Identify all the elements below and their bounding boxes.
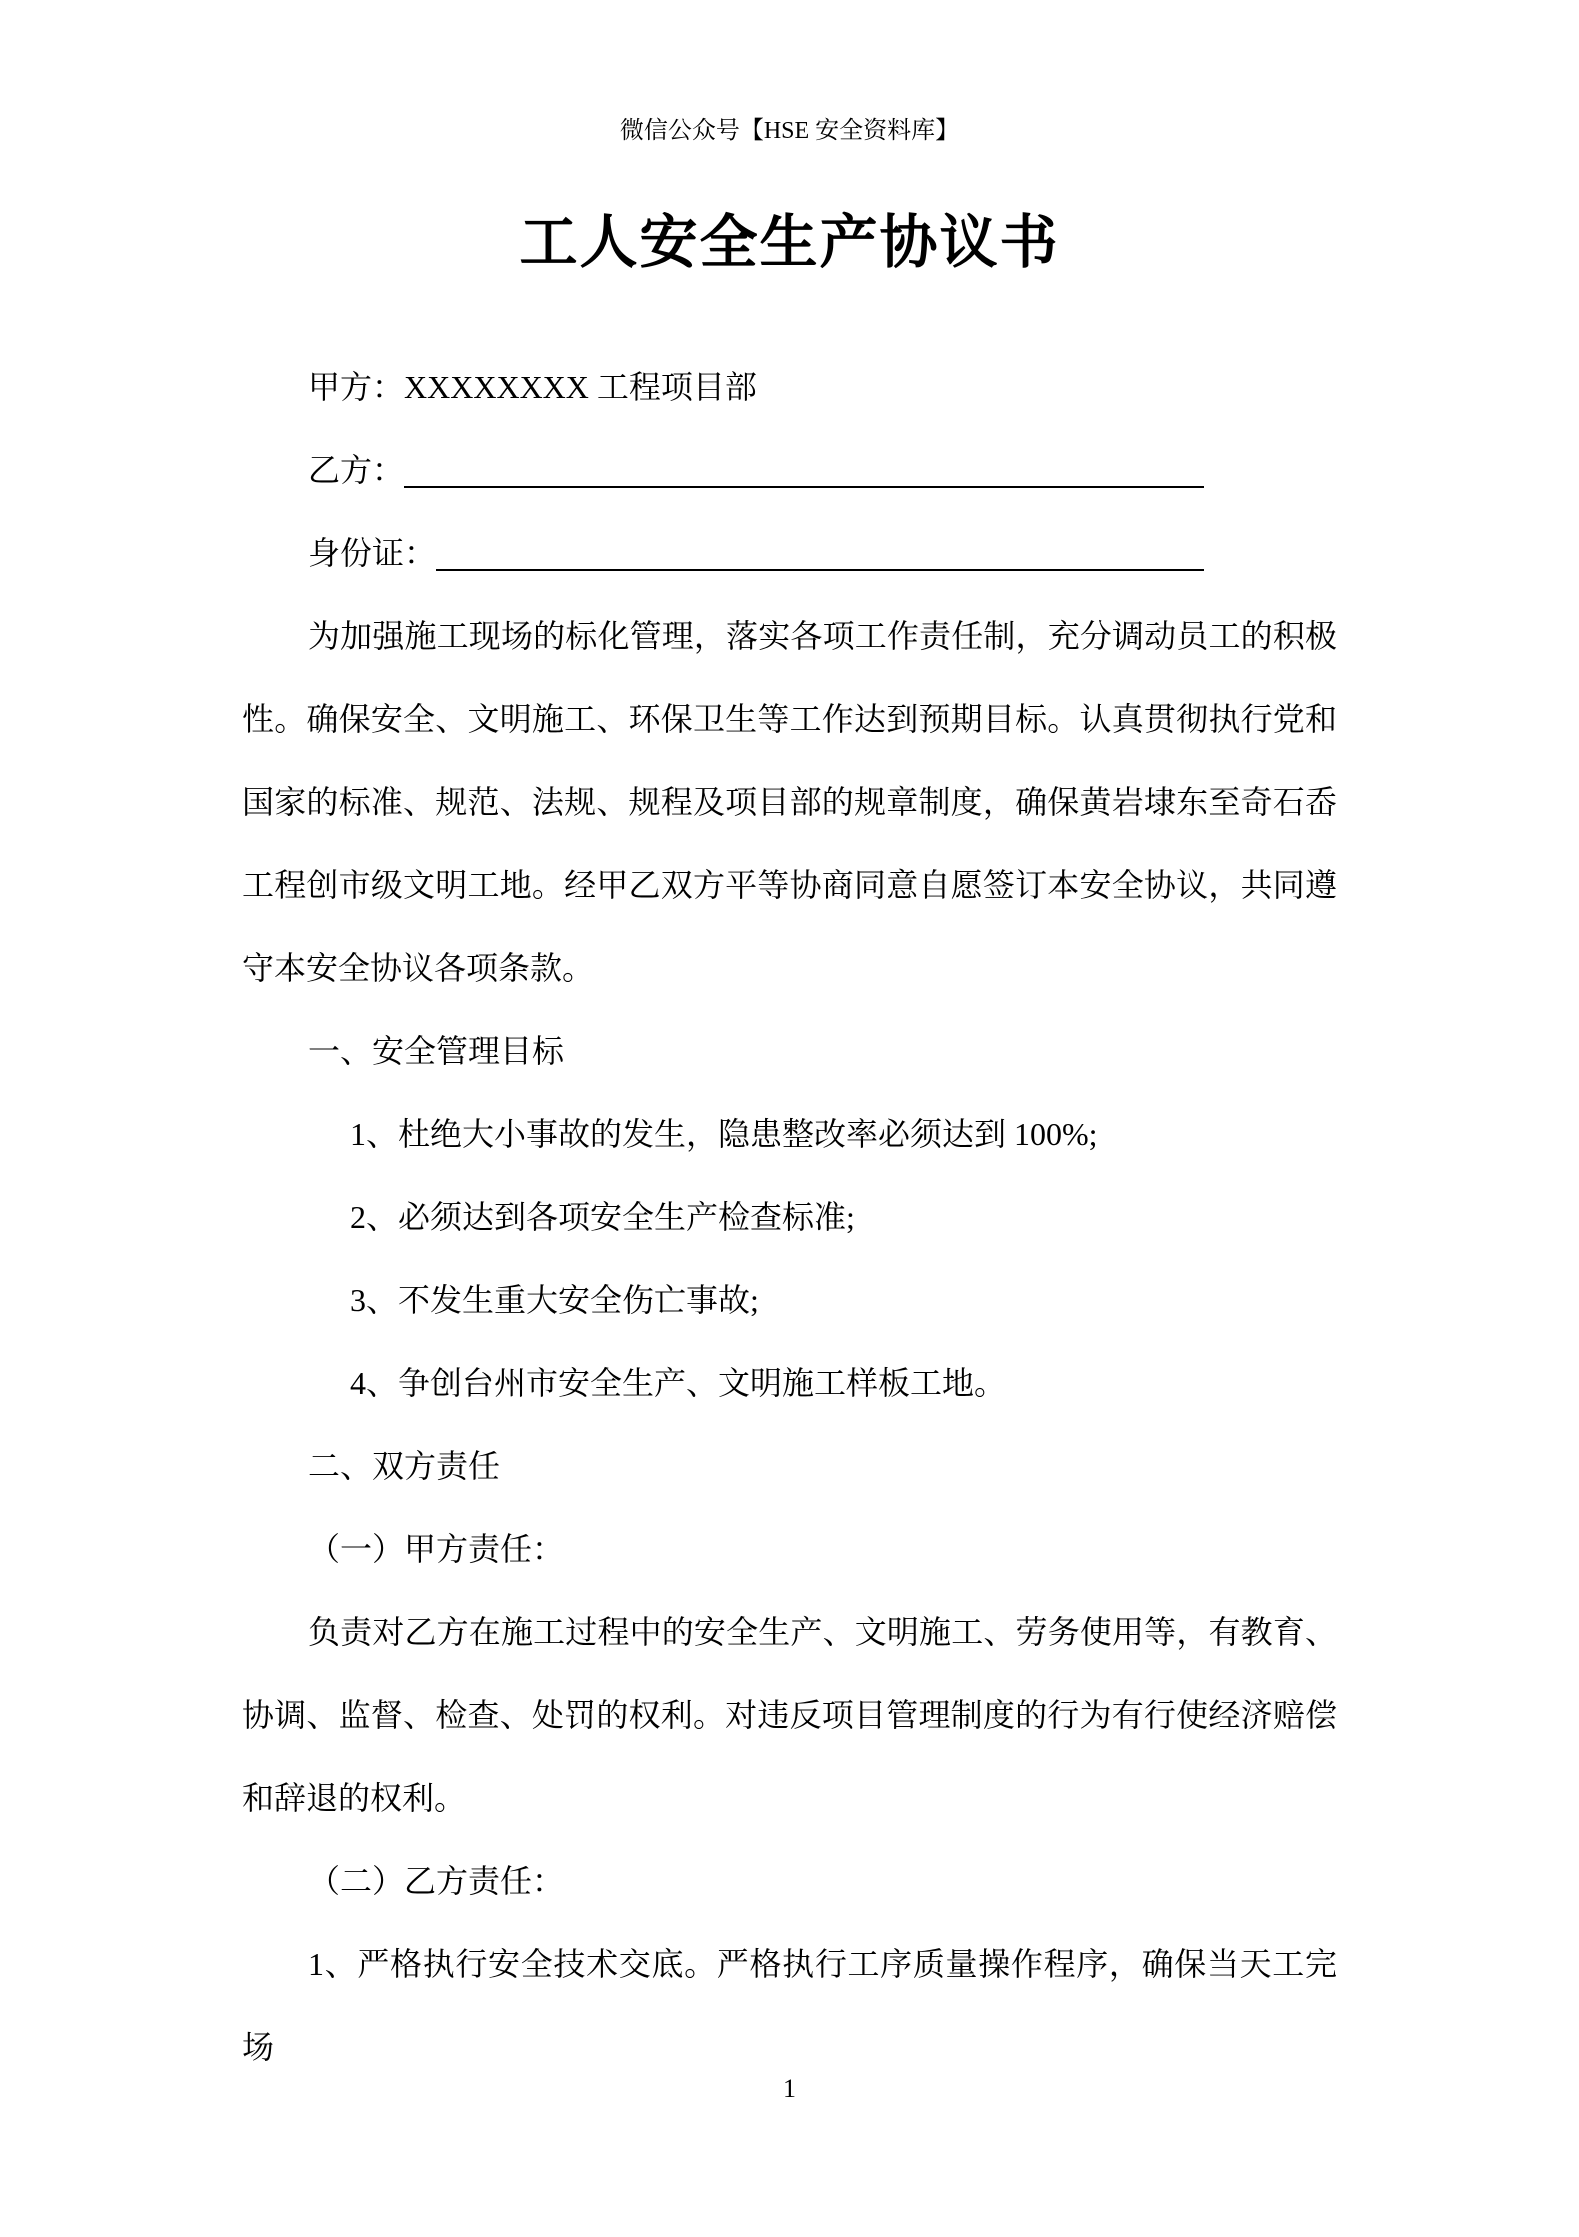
intro-paragraph: 为加强施工现场的标化管理，落实各项工作责任制，充分调动员工的积极性。确保安全、文… [242,595,1337,1010]
document-body: 甲方：XXXXXXXX 工程项目部 乙方： 身份证： 为加强施工现场的标化管理，… [242,346,1337,2089]
section-2-sub-1-heading: （一）甲方责任： [242,1508,1337,1591]
page-number: 1 [0,2072,1579,2106]
party-b-label: 乙方： [308,452,404,488]
section-1-item-1: 1、杜绝大小事故的发生，隐患整改率必须达到 100%; [242,1093,1337,1176]
document-page: 微信公众号【HSE 安全资料库】 工人安全生产协议书 甲方：XXXXXXXX 工… [0,0,1579,2237]
page-title: 工人安全生产协议书 [0,200,1579,286]
party-b-blank-field[interactable] [404,486,1204,488]
section-1-item-2: 2、必须达到各项安全生产检查标准; [242,1176,1337,1259]
party-a-value: XXXXXXXX 工程项目部 [404,369,757,405]
party-a-duties-paragraph: 负责对乙方在施工过程中的安全生产、文明施工、劳务使用等，有教育、协调、监督、检查… [242,1591,1337,1840]
party-b-line: 乙方： [242,429,1337,512]
section-2-heading: 二、双方责任 [242,1425,1337,1508]
id-card-blank-field[interactable] [436,569,1204,571]
section-1-item-3: 3、不发生重大安全伤亡事故; [242,1259,1337,1342]
party-b-duty-item-1: 1、严格执行安全技术交底。严格执行工序质量操作程序，确保当天工完场 [242,1923,1337,2089]
section-1-item-4: 4、争创台州市安全生产、文明施工样板工地。 [242,1342,1337,1425]
watermark-header: 微信公众号【HSE 安全资料库】 [0,116,1579,146]
section-1-heading: 一、安全管理目标 [242,1010,1337,1093]
section-2-sub-2-heading: （二）乙方责任： [242,1840,1337,1923]
party-a-label: 甲方： [308,369,404,405]
id-card-line: 身份证： [242,512,1337,595]
party-a-line: 甲方：XXXXXXXX 工程项目部 [242,346,1337,429]
id-card-label: 身份证： [308,535,436,571]
